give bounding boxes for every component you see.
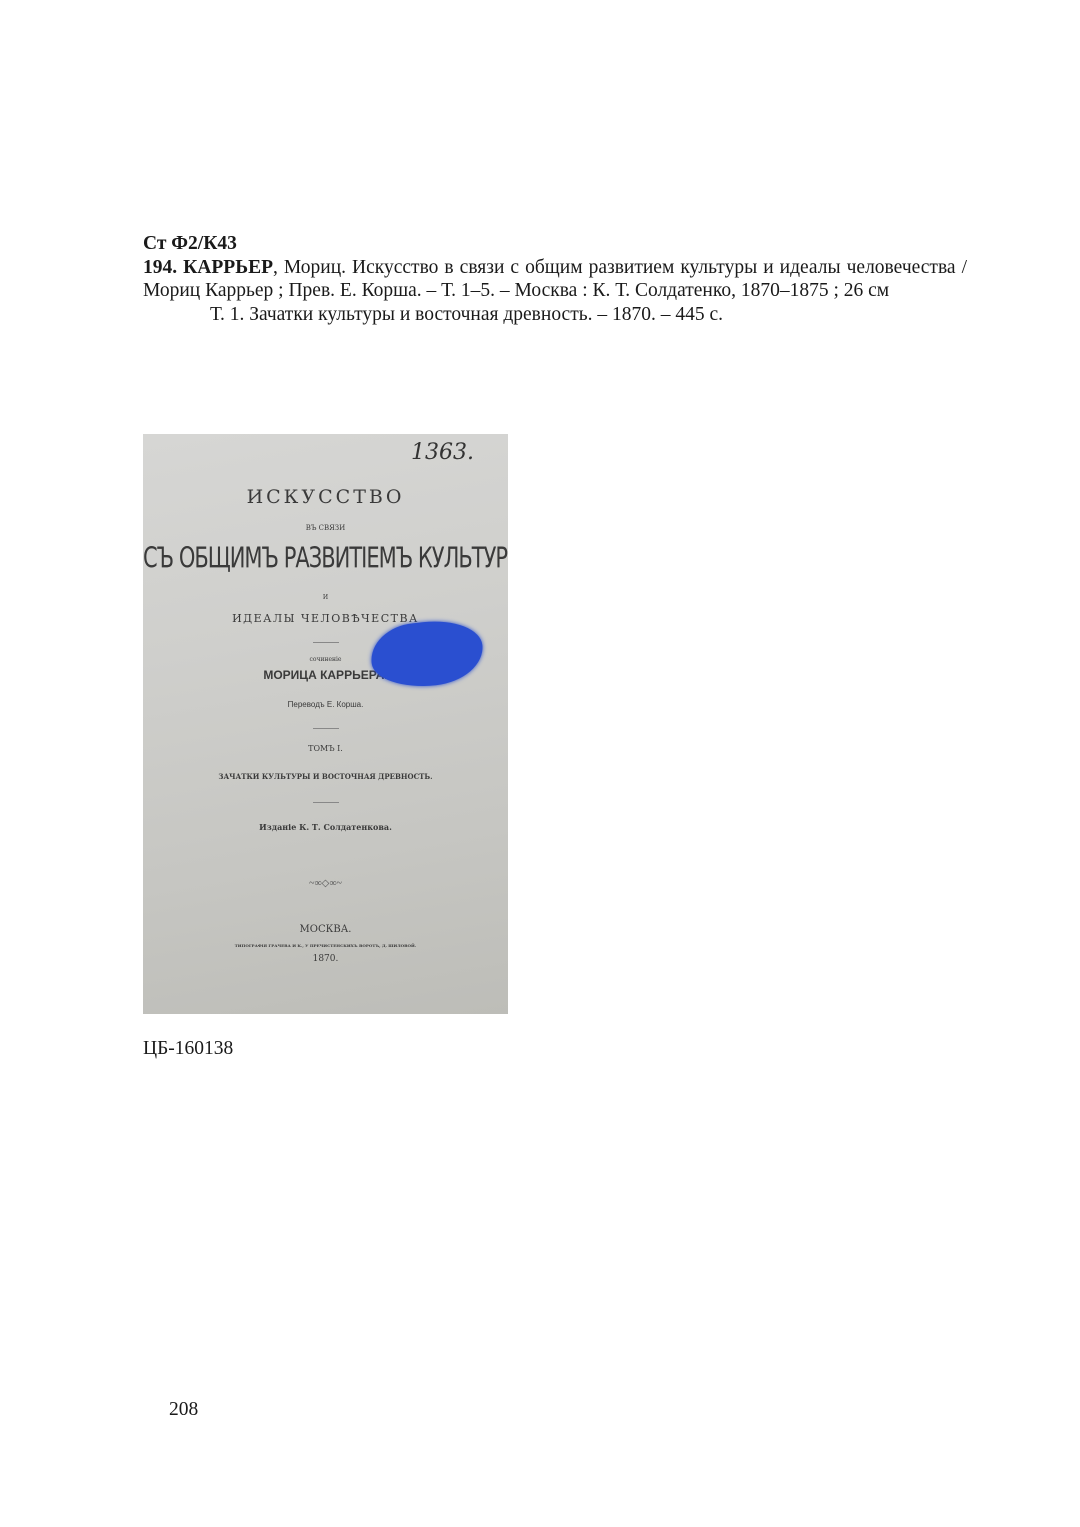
divider <box>313 802 339 803</box>
book-year: 1870. <box>143 954 508 964</box>
divider <box>313 728 339 729</box>
book-translator: Переводъ Е. Корша. <box>143 700 508 709</box>
entry-number-author: 194. КАРРЬЕР <box>143 257 273 278</box>
inventory-number: ЦБ-160138 <box>143 1038 233 1060</box>
book-volume-title: ЗАЧАТКИ КУЛЬТУРЫ И ВОСТОЧНАЯ ДРЕВНОСТЬ. <box>143 772 508 781</box>
book-city: МОСКВА. <box>143 924 508 935</box>
volume-line: Т. 1. Зачатки культуры и восточная древн… <box>143 303 967 327</box>
handwritten-number: 1363. <box>411 440 474 465</box>
divider <box>313 642 339 643</box>
book-title-page-photo: 1363. ИСКУССТВО ВЪ СВЯЗИ СЪ ОБЩИМЪ РАЗВИ… <box>143 434 508 1014</box>
book-volume: ТОМЪ I. <box>143 744 508 753</box>
book-subtitle-2: СЪ ОБЩИМЪ РАЗВИТІЕМЪ КУЛЬТУРЫ <box>143 542 508 574</box>
book-title: ИСКУССТВО <box>143 486 508 508</box>
book-publisher: Изданіе К. Т. Солдатенкова. <box>143 822 508 832</box>
entry-description: 194. КАРРЬЕР, Мориц. Искусство в связи с… <box>143 256 967 303</box>
ornament-icon: ~∞◇∞~ <box>299 878 353 889</box>
shelfmark: Ст Ф2/К43 <box>143 232 967 256</box>
catalog-entry: Ст Ф2/К43 194. КАРРЬЕР, Мориц. Искусство… <box>143 232 967 326</box>
book-and: И <box>143 594 508 601</box>
book-subtitle-1: ВЪ СВЯЗИ <box>143 524 508 532</box>
book-printer: ТИПОГРАФІЯ ГРАЧЕВА И К., У ПРЕЧИСТЕНСКИХ… <box>143 943 508 948</box>
page-number: 208 <box>169 1399 198 1421</box>
